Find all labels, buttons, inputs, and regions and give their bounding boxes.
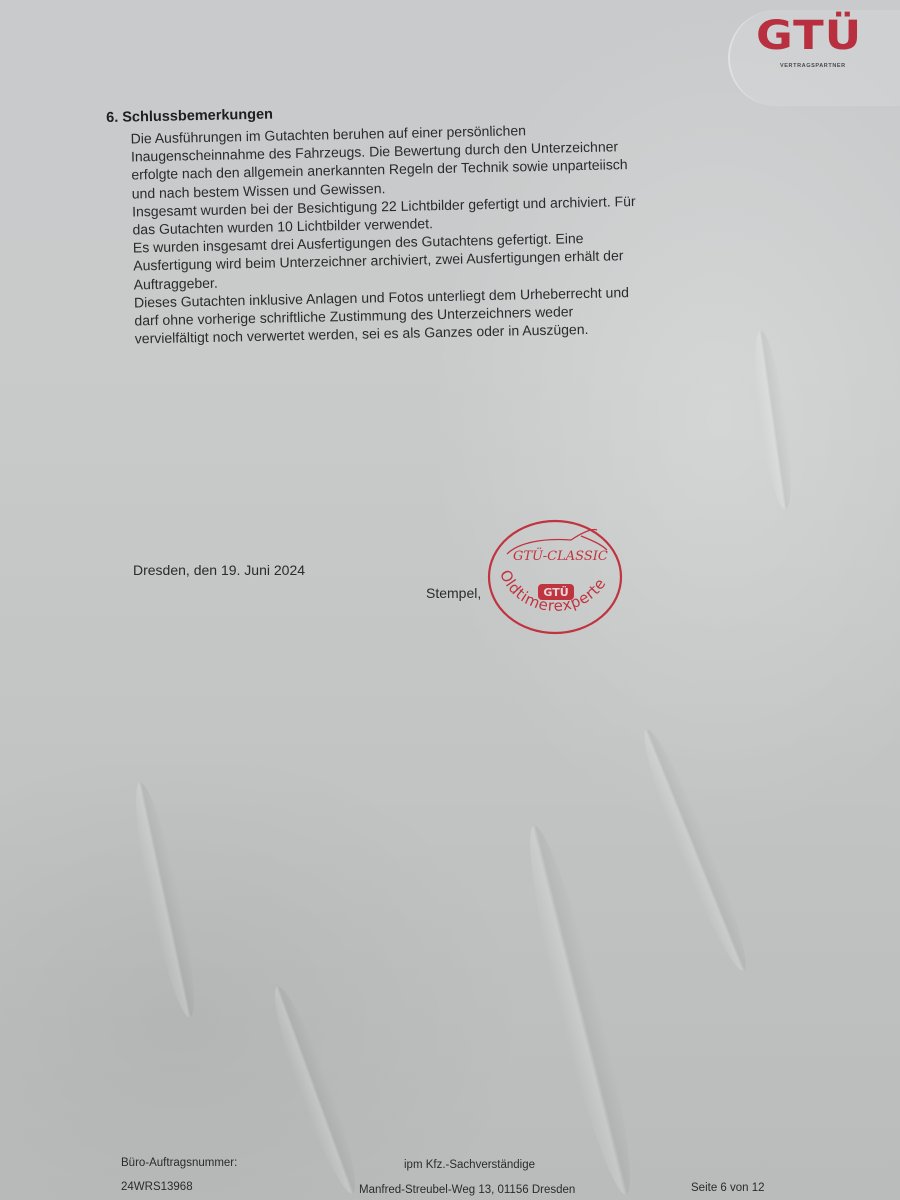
order-number-label: Büro-Auftragsnummer: [121,1157,237,1169]
page-footer: Büro-Auftragsnummer: 24WRS13968 ipm Kfz.… [0,1150,900,1200]
company-name: ipm Kfz.-Sachverständige [404,1159,535,1171]
company-address: Manfred-Streubel-Weg 13, 01156 Dresden [359,1184,575,1196]
logo-subtitle: VERTRAGSPARTNER [780,63,846,69]
paragraph: Dieses Gutachten inklusive Anlagen und F… [134,281,711,348]
paragraph: Die Ausführungen im Gutachten beruhen au… [130,117,707,202]
svg-text:GTÜ-CLASSIC: GTÜ-CLASSIC [513,547,608,564]
oldtimer-stamp-icon: GTÜ-CLASSIC GTÜ Oldtimerexperte [485,518,625,636]
paper-wrinkle [748,329,799,511]
paper-wrinkle [515,821,646,1199]
place-date: Dresden, den 19. Juni 2024 [133,562,305,578]
order-number: 24WRS13968 [121,1181,193,1193]
paper-wrinkle [125,780,204,1021]
document-page: GTÜ VERTRAGSPARTNER 6. Schlussbemerkunge… [0,0,900,1200]
gtu-logo: GTÜ [756,16,862,56]
closing-remarks-section: 6. Schlussbemerkungen Die Ausführungen i… [106,96,711,348]
paper-wrinkle [632,724,757,976]
page-number: Seite 6 von 12 [691,1182,765,1194]
stamp-label: Stempel, [426,585,481,601]
